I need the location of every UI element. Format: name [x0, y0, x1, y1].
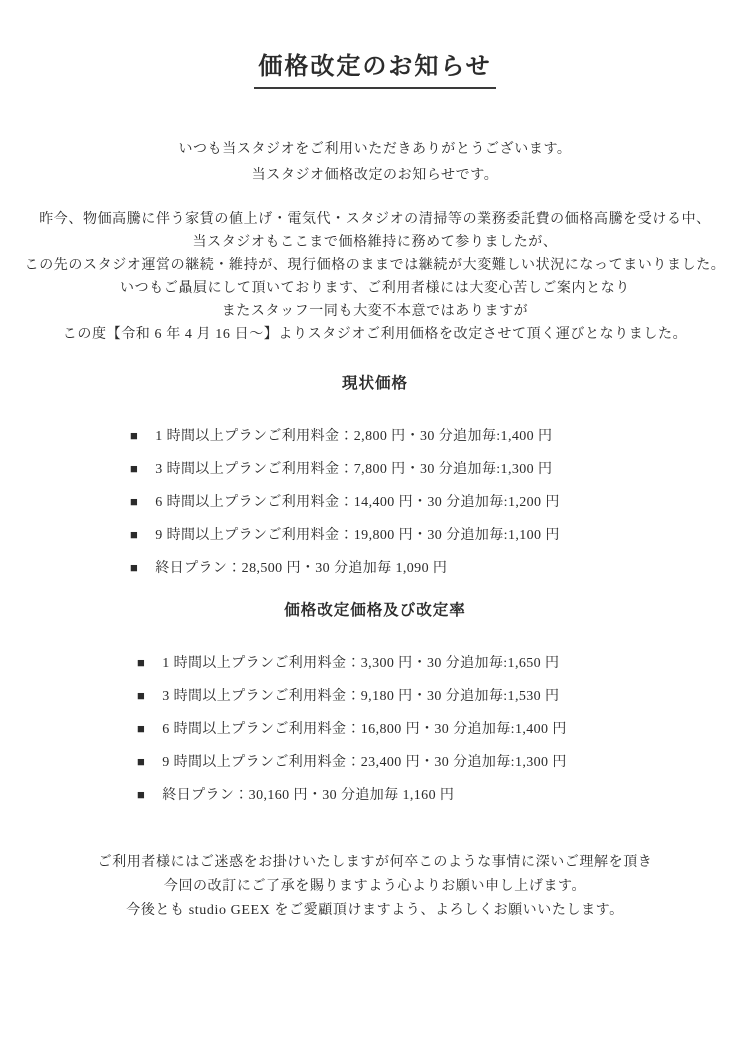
- price-list-item: ■1 時間以上プランご利用料金：3,300 円・30 分追加毎:1,650 円: [137, 646, 750, 679]
- intro-paragraph: いつも当スタジオをご利用いただきありがとうございます。 当スタジオ価格改定のお知…: [0, 137, 750, 189]
- bullet-square-icon: ■: [130, 452, 138, 485]
- bullet-square-icon: ■: [130, 419, 138, 452]
- price-list-item: ■6 時間以上プランご利用料金：14,400 円・30 分追加毎:1,200 円: [130, 485, 750, 518]
- bullet-square-icon: ■: [137, 646, 145, 679]
- price-item-text: 終日プラン：30,160 円・30 分追加毎 1,160 円: [162, 788, 454, 803]
- notice-page: 価格改定のお知らせ いつも当スタジオをご利用いただきありがとうございます。 当ス…: [0, 0, 750, 1061]
- price-list-item: ■9 時間以上プランご利用料金：19,800 円・30 分追加毎:1,100 円: [130, 518, 750, 551]
- body-paragraph: 昨今、物価高騰に伴う家賃の値上げ・電気代・スタジオの清掃等の業務委託費の価格高騰…: [0, 208, 750, 346]
- price-item-text: 3 時間以上プランご利用料金：9,180 円・30 分追加毎:1,530 円: [162, 689, 559, 704]
- price-list-item: ■6 時間以上プランご利用料金：16,800 円・30 分追加毎:1,400 円: [137, 712, 750, 745]
- body-line: 昨今、物価高騰に伴う家賃の値上げ・電気代・スタジオの清掃等の業務委託費の価格高騰…: [0, 208, 750, 231]
- intro-line: 当スタジオ価格改定のお知らせです。: [0, 163, 750, 189]
- price-list-item: ■1 時間以上プランご利用料金：2,800 円・30 分追加毎:1,400 円: [130, 419, 750, 452]
- body-line: この先のスタジオ運営の継続・維持が、現行価格のままでは継続が大変難しい状況になっ…: [0, 254, 750, 277]
- price-list-item: ■終日プラン：28,500 円・30 分追加毎 1,090 円: [130, 551, 750, 584]
- body-line: 当スタジオもここまで価格維持に務めて参りましたが、: [0, 231, 750, 254]
- bullet-square-icon: ■: [137, 712, 145, 745]
- price-item-text: 1 時間以上プランご利用料金：3,300 円・30 分追加毎:1,650 円: [162, 656, 559, 671]
- current-price-list: ■1 時間以上プランご利用料金：2,800 円・30 分追加毎:1,400 円 …: [130, 419, 750, 584]
- price-item-text: 6 時間以上プランご利用料金：14,400 円・30 分追加毎:1,200 円: [155, 495, 560, 510]
- price-list-item: ■9 時間以上プランご利用料金：23,400 円・30 分追加毎:1,300 円: [137, 745, 750, 778]
- page-title-text: 価格改定のお知らせ: [254, 50, 495, 89]
- price-item-text: 9 時間以上プランご利用料金：19,800 円・30 分追加毎:1,100 円: [155, 528, 560, 543]
- price-item-text: 終日プラン：28,500 円・30 分追加毎 1,090 円: [155, 561, 447, 576]
- revised-price-list: ■1 時間以上プランご利用料金：3,300 円・30 分追加毎:1,650 円 …: [137, 646, 750, 811]
- current-prices-heading: 現状価格: [0, 372, 750, 395]
- page-title: 価格改定のお知らせ: [0, 50, 750, 89]
- revised-prices-heading: 価格改定価格及び改定率: [0, 599, 750, 622]
- bullet-square-icon: ■: [137, 778, 145, 811]
- closing-line: 今回の改訂にご了承を賜りますよう心よりお願い申し上げます。: [0, 875, 750, 899]
- body-line: いつもご贔屓にして頂いております、ご利用者様には大変心苦しご案内となり: [0, 277, 750, 300]
- bullet-square-icon: ■: [137, 679, 145, 712]
- bullet-square-icon: ■: [130, 518, 138, 551]
- closing-line: 今後とも studio GEEX をご愛顧頂けますよう、よろしくお願いいたします…: [0, 899, 750, 923]
- closing-paragraph: ご利用者様にはご迷惑をお掛けいたしますが何卒このような事情に深いご理解を頂き 今…: [0, 851, 750, 923]
- body-line: この度【令和 6 年 4 月 16 日〜】よりスタジオご利用価格を改定させて頂く…: [0, 323, 750, 346]
- body-line: またスタッフ一同も大変不本意ではありますが: [0, 300, 750, 323]
- bullet-square-icon: ■: [130, 485, 138, 518]
- price-item-text: 9 時間以上プランご利用料金：23,400 円・30 分追加毎:1,300 円: [162, 755, 567, 770]
- price-item-text: 1 時間以上プランご利用料金：2,800 円・30 分追加毎:1,400 円: [155, 429, 552, 444]
- closing-line: ご利用者様にはご迷惑をお掛けいたしますが何卒このような事情に深いご理解を頂き: [0, 851, 750, 875]
- bullet-square-icon: ■: [137, 745, 145, 778]
- price-item-text: 6 時間以上プランご利用料金：16,800 円・30 分追加毎:1,400 円: [162, 722, 567, 737]
- price-item-text: 3 時間以上プランご利用料金：7,800 円・30 分追加毎:1,300 円: [155, 462, 552, 477]
- price-list-item: ■3 時間以上プランご利用料金：7,800 円・30 分追加毎:1,300 円: [130, 452, 750, 485]
- price-list-item: ■終日プラン：30,160 円・30 分追加毎 1,160 円: [137, 778, 750, 811]
- price-list-item: ■3 時間以上プランご利用料金：9,180 円・30 分追加毎:1,530 円: [137, 679, 750, 712]
- bullet-square-icon: ■: [130, 551, 138, 584]
- intro-line: いつも当スタジオをご利用いただきありがとうございます。: [0, 137, 750, 163]
